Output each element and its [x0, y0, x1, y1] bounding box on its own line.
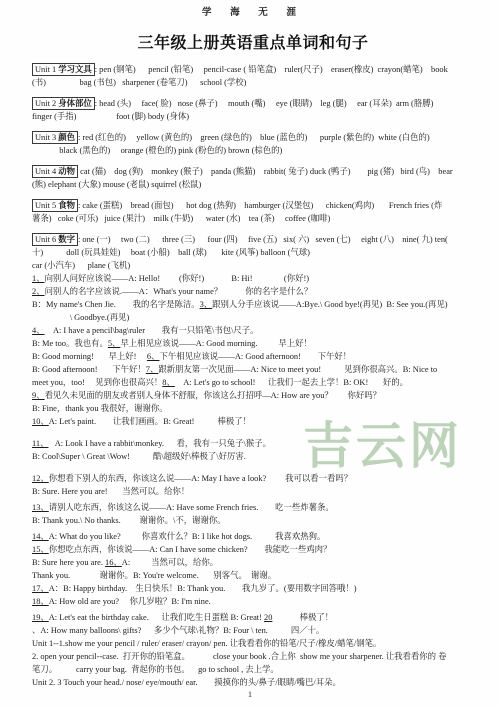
- sentence-line: B: Me too。我也有。5、早上相见应该说——A: Good morning…: [32, 337, 474, 350]
- vocab-line: Unit 4 动物 cat (猫) dog (狗) monkey (猴子) pa…: [32, 165, 474, 178]
- unit-label-zh: 颜色: [58, 132, 75, 142]
- sentence-line: 10、A: Let's paint. 让我们画画。B: Great! 棒极了！: [32, 415, 474, 428]
- sentence-line: B：My name's Chen Jie. 我的名字是陈洁。3、跟别人分手应该说…: [32, 298, 474, 311]
- vocab-section-unit2: Unit 2 身体部位: head (头) face( 脸) nose (鼻子)…: [32, 97, 474, 123]
- unit-label-zh: 数字: [58, 234, 75, 244]
- vocab-section-unit3: Unit 3 颜色: red (红色的) yellow (黄色的) green …: [32, 131, 474, 157]
- sentence-line: 1、向别人问好应该说——A: Hello! (你好!) B: Hi! (你好!): [32, 272, 474, 285]
- unit5-label-box: Unit 5 食物: [32, 199, 78, 212]
- vocab-entries-cont: finger (手指) foot (脚) body (身体): [32, 110, 474, 123]
- unit-label-en: Unit 5: [35, 201, 56, 210]
- vocab-entries-cont: black (黑色的) orange (橙色的) pink (粉色的) brow…: [32, 144, 474, 157]
- sentence-line: 2、问别人的名字应该说.——A：What's your name？ 你的名字是什…: [32, 285, 474, 298]
- vocab-section-unit5: Unit 5 食物: cake (蛋糕) bread (面包) hot dog …: [32, 199, 474, 225]
- header-motto: 学 海 无 涯: [32, 4, 474, 18]
- unit-label-en: Unit 1: [35, 65, 56, 74]
- unit-label-zh: 食物: [58, 200, 75, 210]
- vocab-entries: : one (一) two (二) three (三) four (四) fiv…: [78, 235, 448, 244]
- vocab-entries-cont: (熊) elephant (大象) mouse (老鼠) squirrel (松…: [32, 178, 474, 191]
- page-title: 三年级上册英语重点单词和句子: [32, 30, 474, 53]
- unit3-label-box: Unit 3 颜色: [32, 131, 78, 144]
- sentence-line: 17、A：B: Happy birthday. 生日快乐！B: Thank yo…: [32, 582, 474, 595]
- sentence-line: \ Goodbye.(再见): [32, 311, 474, 324]
- unit-label-en: Unit 4: [35, 167, 56, 176]
- sentence-line: 14、A: What do you like? 你喜欢什么？B: I like …: [32, 530, 474, 543]
- sentence-line: 、A: How many balloons\ gifts? 多少个气球\礼物？B…: [32, 624, 474, 637]
- sentence-line: 笔刀。 carry your bag. 背起你的书包。 go to school…: [32, 663, 474, 676]
- sentence-line: Unit 2. 3 Touch your head./ nose/ eye/mo…: [32, 676, 474, 689]
- vocab-entries: cat (猫) dog (狗) monkey (猴子) panda (熊猫) r…: [78, 167, 453, 176]
- unit-label-zh: 学习文具: [58, 64, 92, 74]
- sentence-line: meet you，too! 见到你也很高兴！8、 A: Let's go to …: [32, 376, 474, 389]
- sentence-line: 9、看见久未见面的朋友或者别人身体不舒服，你该这么打招呼—A: How are …: [32, 389, 474, 402]
- vocab-line: Unit 3 颜色: red (红色的) yellow (黄色的) green …: [32, 131, 474, 144]
- vocab-line: Unit 2 身体部位: head (头) face( 脸) nose (鼻子)…: [32, 97, 474, 110]
- vocab-section-unit1: Unit 1 学习文具: pen (钢笔) pencil (铅笔) pencil…: [32, 63, 474, 89]
- unit4-label-box: Unit 4 动物: [32, 165, 78, 178]
- sentence-line: B: Sure here you are. 16、A: 当然可以，给你。: [32, 556, 474, 569]
- vocab-entries: : head (头) face( 脸) nose (鼻子) mouth (嘴) …: [95, 99, 434, 108]
- sentence-line: 13、请别人吃东西，你该这么说——A: Have some French fri…: [32, 501, 474, 514]
- sentence-line: 4、 A: I have a pencil\bag\ruler 我有一只铅笔\书…: [32, 324, 474, 337]
- vocab-line: Unit 5 食物: cake (蛋糕) bread (面包) hot dog …: [32, 199, 474, 212]
- sentence-line: B: Cool\Super \ Great \Wow! 酷\超级好\棒极了\好厉…: [32, 450, 474, 463]
- vocab-entries: : cake (蛋糕) bread (面包) hot dog (热狗) hamb…: [78, 201, 442, 210]
- vocab-line: Unit 6 数字: one (一) two (二) three (三) fou…: [32, 233, 474, 246]
- vocab-entries-cont: 十) doll (玩具娃娃) boat (小船) ball (球) kite (…: [32, 246, 474, 259]
- document-content: 学 海 无 涯 三年级上册英语重点单词和句子 Unit 1 学习文具: pen …: [32, 4, 474, 689]
- sentence-line: 15、你想吃点东西，你该说——A: Can I have some chicke…: [32, 543, 474, 556]
- unit-label-zh: 身体部位: [58, 98, 92, 108]
- unit-label-en: Unit 3: [35, 133, 56, 142]
- sentence-line: 2. open your pencil--case. 打开你的铅笔盒。 clos…: [32, 650, 474, 663]
- sentence-line: 18、A: How old are you? 你几岁啦？B: I'm nine.: [32, 595, 474, 608]
- sentence-line: B: Sure. Here you are! 当然可以。给你！: [32, 485, 474, 498]
- vocab-section-unit6: Unit 6 数字: one (一) two (二) three (三) fou…: [32, 233, 474, 272]
- page-number: 1: [0, 689, 500, 699]
- vocab-entries-cont: (书) bag (书包) sharpener (卷笔刀) school (学校): [32, 76, 474, 89]
- vocab-entries: : pen (钢笔) pencil (铅笔) pencil-case ( 铅笔盒…: [95, 65, 448, 74]
- sentence-line: 12、你想看下别人的东西，你该这么说——A: May I have a look…: [32, 472, 474, 485]
- sentence-list: 1、向别人问好应该说——A: Hello! (你好!) B: Hi! (你好!)…: [32, 272, 474, 689]
- sentence-line: Unit 1--1.show me your pencil / ruler/ e…: [32, 637, 474, 650]
- unit1-label-box: Unit 1 学习文具: [32, 63, 95, 76]
- sentence-line: B: Fine，thank you 我很好，谢谢你。: [32, 402, 474, 415]
- sentence-line: B: Good afternoon! 下午好！7、跟新朋友第一次见面——A: N…: [32, 363, 474, 376]
- unit-label-en: Unit 2: [35, 99, 56, 108]
- unit-label-zh: 动物: [58, 166, 75, 176]
- document-page: 吉云网 学 海 无 涯 三年级上册英语重点单词和句子 Unit 1 学习文具: …: [0, 0, 500, 707]
- vocab-line: Unit 1 学习文具: pen (钢笔) pencil (铅笔) pencil…: [32, 63, 474, 76]
- vocab-section-unit4: Unit 4 动物 cat (猫) dog (狗) monkey (猴子) pa…: [32, 165, 474, 191]
- vocab-entries-cont: 薯条) coke (可乐) juice (果汁) milk (牛奶) water…: [32, 212, 474, 225]
- vocab-entries: : red (红色的) yellow (黄色的) green (绿色的) blu…: [78, 133, 430, 142]
- unit6-label-box: Unit 6 数字: [32, 233, 78, 246]
- sentence-line: B: Thank you.\ No thanks. 谢谢你。\不，谢谢你。: [32, 514, 474, 527]
- sentence-line: 11、 A: Look I have a rabbit\monkey. 看，我有…: [32, 437, 474, 450]
- sentence-line: 19、A: Let's eat the birthday cake. 让我们吃生…: [32, 611, 474, 624]
- vocab-entries-cont: car (小汽车) plane (飞机): [32, 259, 474, 272]
- unit-label-en: Unit 6: [35, 235, 56, 244]
- sentence-line: Thank you. 谢谢你。B: You're welcome. 别客气。 谢…: [32, 569, 474, 582]
- sentence-line: B: Good morning! 早上好! 6、下午相见应该说——A: Good…: [32, 350, 474, 363]
- unit2-label-box: Unit 2 身体部位: [32, 97, 95, 110]
